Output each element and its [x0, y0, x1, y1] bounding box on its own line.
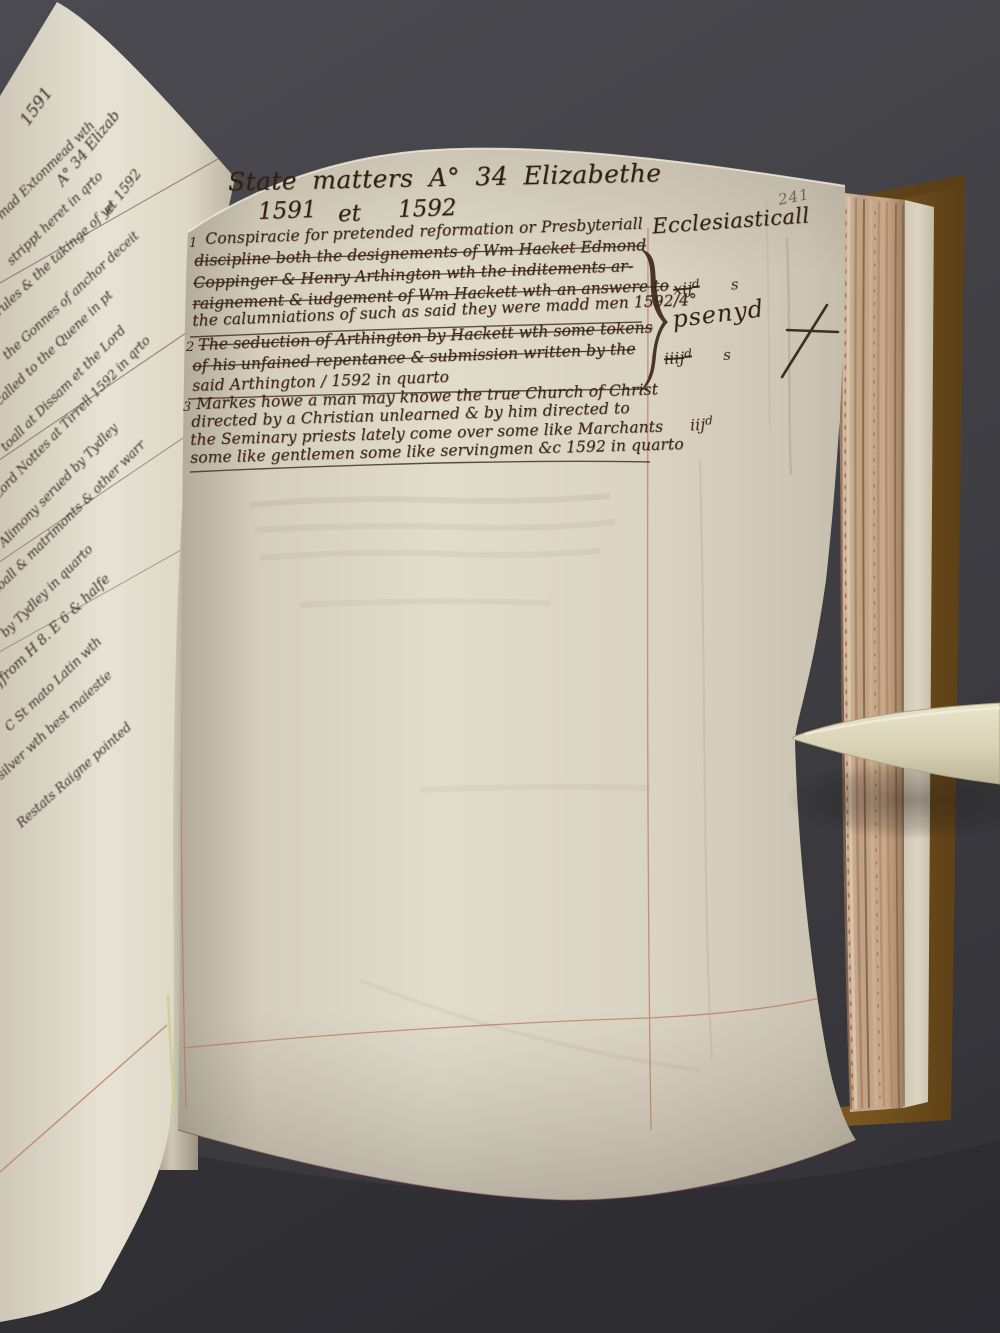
- book-illustration: [0, 0, 1000, 1333]
- right-page-shading: [178, 149, 856, 1200]
- photograph-of-manuscript-book: 1591 A° 34 Elizab et 1592 mad Extonmead …: [0, 0, 1000, 1333]
